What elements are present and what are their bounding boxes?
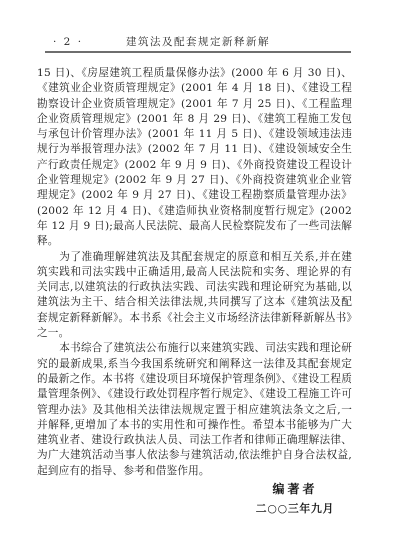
- running-title: 建筑法及配套规定新释新解: [45, 36, 351, 49]
- book-page: · 2 · 建筑法及配套规定新释新解 15 日)、《房屋建筑工程质量保修办法》(…: [0, 0, 397, 559]
- paragraph: 为了准确理解建筑法及其配套规定的原意和相互关系,并在建筑实践和司法实践中正确适用…: [37, 250, 352, 342]
- signature-date: 二○○三年九月: [235, 503, 355, 515]
- page-header: · 2 · 建筑法及配套规定新释新解: [45, 36, 351, 50]
- paragraph-continuation: 15 日)、《房屋建筑工程质量保修办法》(2000 年 6 月 30 日)、《建…: [37, 66, 352, 250]
- signature-block: 编著者 二○○三年九月: [235, 483, 355, 515]
- header-divider: [45, 51, 351, 53]
- paragraph: 本书综合了建筑法公布施行以来建筑实践、司法实践和理论研究的最新成果,系当今我国系…: [37, 341, 352, 479]
- signature-author: 编著者: [235, 483, 355, 496]
- body-text: 15 日)、《房屋建筑工程质量保修办法》(2000 年 6 月 30 日)、《建…: [37, 66, 352, 479]
